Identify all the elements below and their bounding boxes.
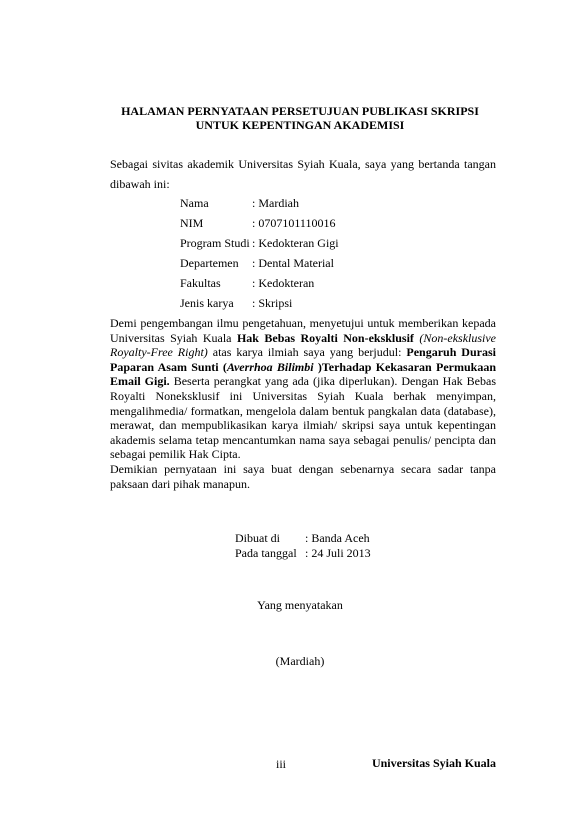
identity-label: Departemen (180, 253, 252, 273)
page-title: HALAMAN PERNYATAAN PERSETUJUAN PUBLIKASI… (100, 104, 500, 132)
identity-row-departemen: Departemen : Dental Material (180, 253, 339, 273)
signature-place-date: Dibuat di : Banda Aceh Pada tanggal : 24… (235, 531, 371, 561)
identity-value: : Skripsi (252, 293, 339, 313)
identity-label: Program Studi (180, 233, 252, 253)
title-line-2: UNTUK KEPENTINGAN AKADEMISI (100, 118, 500, 132)
page-number: iii (276, 757, 286, 772)
declarer-label: Yang menyatakan (200, 598, 400, 613)
identity-row-jenis-karya: Jenis karya : Skripsi (180, 293, 339, 313)
place-label: Dibuat di (235, 531, 305, 546)
consent-text-2: atas karya ilmiah saya yang berjudul: (208, 345, 407, 359)
intro-paragraph: Sebagai sivitas akademik Universitas Syi… (110, 154, 496, 194)
identity-value: : Dental Material (252, 253, 339, 273)
identity-row-fakultas: Fakultas : Kedokteran (180, 273, 339, 293)
document-page: HALAMAN PERNYATAAN PERSETUJUAN PUBLIKASI… (0, 0, 579, 819)
identity-value: : Kedokteran Gigi (252, 233, 339, 253)
consent-paragraph: Demi pengembangan ilmu pengetahuan, meny… (110, 316, 496, 462)
identity-label: Fakultas (180, 273, 252, 293)
place-row: Dibuat di : Banda Aceh (235, 531, 371, 546)
identity-row-nama: Nama : Mardiah (180, 193, 339, 213)
title-line-1: HALAMAN PERNYATAAN PERSETUJUAN PUBLIKASI… (100, 104, 500, 118)
identity-table: Nama : Mardiah NIM : 0707101110016 Progr… (180, 193, 339, 313)
identity-row-nim: NIM : 0707101110016 (180, 213, 339, 233)
identity-value: : 0707101110016 (252, 213, 339, 233)
closing-paragraph: Demikian pernyataan ini saya buat dengan… (110, 462, 496, 491)
identity-value: : Mardiah (252, 193, 339, 213)
identity-label: Nama (180, 193, 252, 213)
signatory-name: (Mardiah) (200, 654, 400, 669)
license-name: Hak Bebas Royalti Non-eksklusif (237, 331, 414, 345)
date-row: Pada tanggal : 24 Juli 2013 (235, 546, 371, 561)
identity-label: NIM (180, 213, 252, 233)
date-label: Pada tanggal (235, 546, 305, 561)
footer-university: Universitas Syiah Kuala (372, 756, 496, 771)
place-value: : Banda Aceh (305, 531, 371, 546)
thesis-title-species: Averrhoa Bilimbi (227, 360, 314, 374)
identity-row-program-studi: Program Studi : Kedokteran Gigi (180, 233, 339, 253)
date-value: : 24 Juli 2013 (305, 546, 371, 561)
identity-value: : Kedokteran (252, 273, 339, 293)
identity-label: Jenis karya (180, 293, 252, 313)
